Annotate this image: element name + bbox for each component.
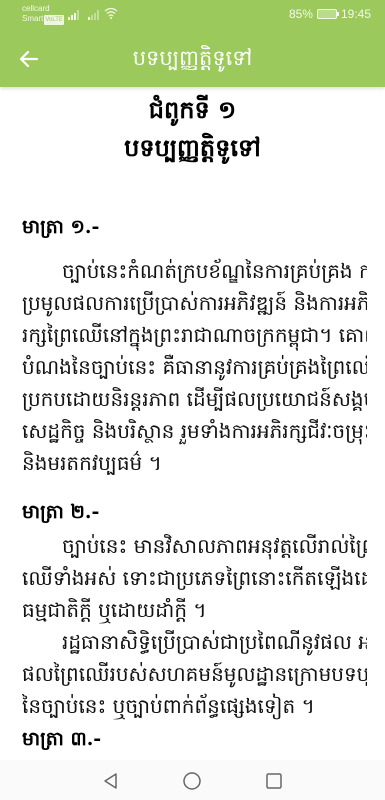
carrier-info: cellcard SmartVoLTE bbox=[22, 4, 64, 25]
nav-recents-button[interactable] bbox=[263, 770, 285, 792]
status-right: 85% 19:45 bbox=[289, 7, 371, 21]
battery-percent: 85% bbox=[289, 7, 313, 21]
article-heading: មាត្រា ២.- bbox=[22, 500, 99, 528]
circle-home-icon bbox=[182, 771, 202, 791]
wifi-icon bbox=[104, 7, 118, 19]
law-content[interactable]: ជំពូកទី ១ បទប្បញ្ញត្តិទូទៅ មាត្រា ១.- ច្… bbox=[0, 87, 385, 760]
article-text-line: បំណងនៃច្បាប់នេះ គឺធានានូវការគ្រប់គ្រងព្រ… bbox=[22, 351, 367, 383]
clock: 19:45 bbox=[341, 7, 371, 21]
nav-home-button[interactable] bbox=[181, 770, 203, 792]
article-text-line: និងមរតកវប្បធម៌ ។ bbox=[22, 447, 367, 479]
article-text-line: ឈើទាំងអស់ ទោះជាប្រភេទព្រៃនោះកើតឡើងដោយ bbox=[22, 562, 367, 594]
article-text-line: សេដ្ឋកិច្ច និងបរិស្ថាន រួមទាំងការអភិរក្ស… bbox=[22, 415, 367, 447]
triangle-back-icon bbox=[102, 772, 120, 790]
article-text-line: ធម្មជាតិក្តី ឬដោយដាំក្តី ។ bbox=[22, 594, 367, 626]
battery-icon bbox=[317, 9, 337, 19]
carrier-second-sim: SmartVoLTE bbox=[22, 14, 64, 25]
article-text-line: ច្បាប់នេះកំណត់ក្របខ័ណ្ឌនៃការគ្រប់គ្រង កា… bbox=[62, 255, 367, 287]
square-recents-icon bbox=[265, 772, 283, 790]
app-bar: បទប្បញ្ញត្តិទូទៅ bbox=[0, 30, 385, 87]
article-heading: មាត្រា ១.- bbox=[22, 215, 99, 243]
article-text-line: ប្រកបដោយនិរន្តរភាព ដើម្បីផលប្រយោជន៍សង្គម bbox=[22, 383, 367, 415]
article-text-line: នៃច្បាប់នេះ ឬច្បាប់ពាក់ព័ន្ធផ្សេងទៀត ។ bbox=[22, 690, 367, 722]
signal-icon bbox=[88, 10, 99, 20]
chapter-title: បទប្បញ្ញត្តិទូទៅ bbox=[0, 133, 385, 168]
app-title: បទប្បញ្ញត្តិទូទៅ bbox=[0, 30, 385, 87]
volte-badge: VoLTE bbox=[44, 15, 64, 25]
article-text-line: រដ្ឋធានាសិទ្ធិប្រើប្រាស់ជាប្រពៃណីនូវផល អ… bbox=[62, 626, 367, 658]
carrier-name: cellcard bbox=[22, 4, 64, 14]
status-bar: cellcard SmartVoLTE 85% 19:45 bbox=[0, 0, 385, 30]
system-nav-bar bbox=[0, 760, 385, 800]
article-heading: មាត្រា ៣.- bbox=[22, 727, 101, 755]
article-text-line: ប្រមូលផលការប្រើប្រាស់ការអភិវឌ្ឍន៍ និងការ… bbox=[22, 287, 367, 319]
article-text-line: ច្បាប់នេះ មានវិសាលភាពអនុវត្តលើរាល់ព្រៃ bbox=[62, 530, 367, 562]
nav-back-button[interactable] bbox=[100, 770, 122, 792]
chapter-number: ជំពូកទី ១ bbox=[0, 95, 385, 130]
signal-icon bbox=[68, 10, 79, 20]
article-text-line: ផលព្រៃឈើរបស់សហគមន៍មូលដ្ឋានក្រោមបទប្បញ្ញត… bbox=[22, 658, 367, 690]
article-text-line: រក្សព្រៃឈើនៅក្នុងព្រះរាជាណាចក្រកម្ពុជា។ … bbox=[22, 319, 367, 351]
